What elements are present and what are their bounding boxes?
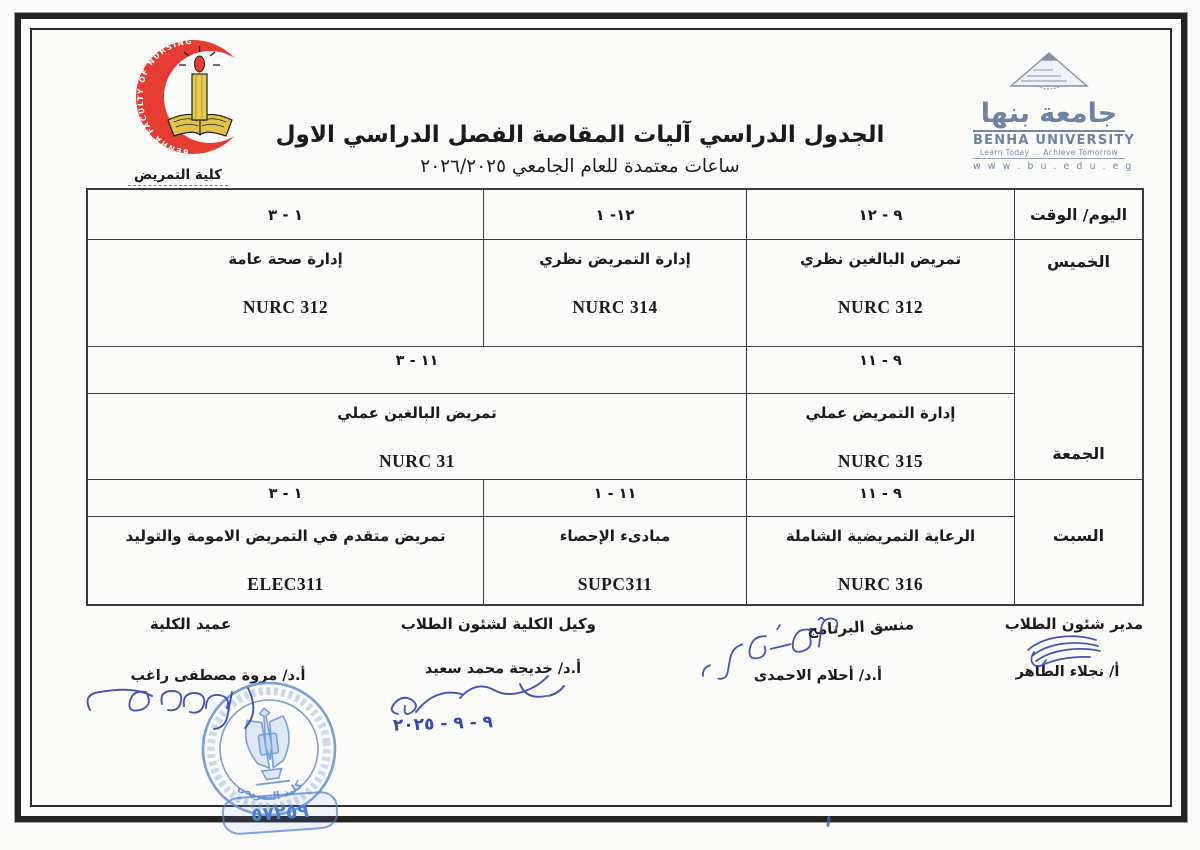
schedule-table: اليوم/ الوقت ٩ - ١٢ ١٢- ١ ١ - ٣ الخميس ت… [86,188,1144,606]
course-title: إدارة صحة عامة [228,250,343,268]
course-title: مبادىء الإحصاء [560,527,671,545]
pyramid-icon [973,50,1125,96]
course-title: تمريض البالغين عملي [337,404,496,422]
course-code: NURC 315 [838,451,923,472]
role-faculty-dean: عميد الكلية [138,615,243,633]
corner-day-time-header: اليوم/ الوقت [1015,190,1142,240]
subtime-sat-9-11: ٩ - ١١ [747,480,1015,517]
course-cell-thu-12-1: إدارة التمريض نظري NURC 314 [484,240,747,347]
course-cell-sat-9-11: الرعاية التمريضية الشاملة NURC 316 [747,517,1015,604]
subtime-fri-9-11: ٩ - ١١ [747,347,1015,394]
course-code: NURC 31 [379,451,455,472]
course-code: NURC 314 [572,297,657,318]
course-code: NURC 316 [838,574,923,595]
university-logo: جامعة بنها BENHA UNIVERSITY Learn Today … [973,50,1125,172]
subtime-sat-11-1: ١١ - ١ [484,480,747,517]
subtime-fri-11-3: ١١ - ٣ [88,347,747,394]
course-cell-fri-9-11: إدارة التمريض عملي NURC 315 [747,394,1015,480]
time-header-12-1: ١٢- ١ [484,190,747,240]
course-cell-thu-1-3: إدارة صحة عامة NURC 312 [88,240,484,347]
course-code: NURC 312 [838,297,923,318]
course-title: تمريض متقدم في التمريض الامومة والتوليد [126,527,446,545]
time-header-9-12: ٩ - ١٢ [747,190,1015,240]
course-title: الرعاية التمريضية الشاملة [786,527,975,545]
role-vice-dean-students: وكيل الكلية لشئون الطلاب [426,615,596,633]
course-code: NURC 312 [243,297,328,318]
page-subtitle: ساعات معتمدة للعام الجامعي ٢٠٢٦/٢٠٢٥ [0,156,1160,177]
signature-najlaa [1020,628,1110,670]
course-cell-sat-1-3: تمريض متقدم في التمريض الامومة والتوليد … [88,517,484,604]
course-title: إدارة التمريض عملي [806,404,956,422]
day-cell-saturday: السبت [1015,480,1142,604]
course-cell-fri-11-3: تمريض البالغين عملي NURC 31 [88,394,747,480]
course-code: ELEC311 [247,574,323,595]
subtime-sat-1-3: ١ - ٣ [88,480,484,517]
course-title: إدارة التمريض نظري [539,250,691,268]
course-code: SUPC311 [578,574,652,595]
day-cell-friday: الجمعة [1015,347,1142,480]
page-title: الجدول الدراسي آليات المقاصة الفصل الدرا… [0,122,1160,148]
day-cell-thursday: الخميس [1015,240,1142,347]
course-title: تمريض البالغين نظري [800,250,961,268]
signature-marwa [80,678,305,736]
stamp-number: ٥٧٢٥٩ [221,790,339,836]
scanned-schedule-document: BENHA FACULTY OF NURSING كلية التمريض [0,0,1200,850]
time-header-1-3: ١ - ٣ [88,190,484,240]
course-cell-thu-9-12: تمريض البالغين نظري NURC 312 [747,240,1015,347]
course-cell-sat-11-1: مبادىء الإحصاء SUPC311 [484,517,747,604]
